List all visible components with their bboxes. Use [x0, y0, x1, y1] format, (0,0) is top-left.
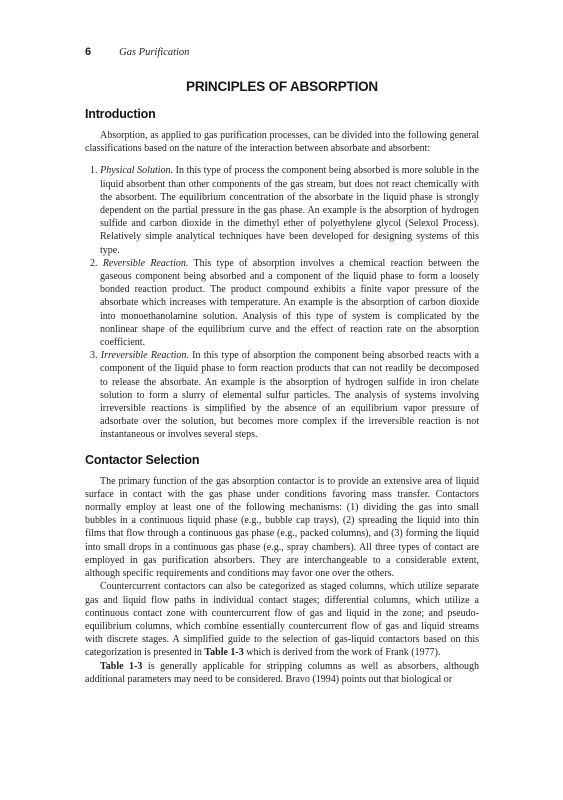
page-content: IntroductionAbsorption, as applied to ga…: [85, 107, 479, 686]
section-heading: Contactor Selection: [85, 453, 479, 467]
list-item: 2. Reversible Reaction. This type of abs…: [85, 257, 479, 349]
running-header: 6 Gas Purification: [85, 46, 479, 58]
text-segment: In this type of absorption the component…: [100, 350, 479, 440]
paragraph: Absorption, as applied to gas purificati…: [85, 129, 479, 155]
running-title: Gas Purification: [119, 47, 189, 58]
page-number: 6: [85, 46, 91, 58]
text-segment: This type of absorption involves a chemi…: [100, 258, 479, 348]
page-text-block: 6 Gas Purification PRINCIPLES OF ABSORPT…: [85, 46, 479, 686]
list-item-number: 3.: [90, 350, 101, 361]
text-segment: is generally applicable for stripping co…: [85, 661, 479, 685]
book-page: 6 Gas Purification PRINCIPLES OF ABSORPT…: [0, 0, 563, 800]
text-segment: In this type of process the component be…: [100, 165, 479, 255]
text-segment: Table 1-3: [100, 661, 142, 672]
paragraph: Countercurrent contactors can also be ca…: [85, 580, 479, 659]
section-heading: Introduction: [85, 107, 479, 121]
text-segment: Absorption, as applied to gas purificati…: [85, 130, 479, 154]
list-item: 1. Physical Solution. In this type of pr…: [85, 164, 479, 256]
list-item-number: 1.: [90, 165, 100, 176]
text-segment: Physical Solution.: [100, 165, 173, 176]
list-item-number: 2.: [90, 258, 103, 269]
text-segment: Reversible Reaction.: [103, 258, 189, 269]
text-segment: The primary function of the gas absorpti…: [85, 476, 479, 579]
page-title: PRINCIPLES OF ABSORPTION: [85, 79, 479, 94]
paragraph: Table 1-3 is generally applicable for st…: [85, 660, 479, 686]
list-item: 3. Irreversible Reaction. In this type o…: [85, 349, 479, 441]
paragraph: The primary function of the gas absorpti…: [85, 475, 479, 581]
text-segment: Irreversible Reaction.: [101, 350, 189, 361]
text-segment: Table 1-3: [204, 647, 243, 658]
text-segment: which is derived from the work of Frank …: [244, 647, 441, 658]
